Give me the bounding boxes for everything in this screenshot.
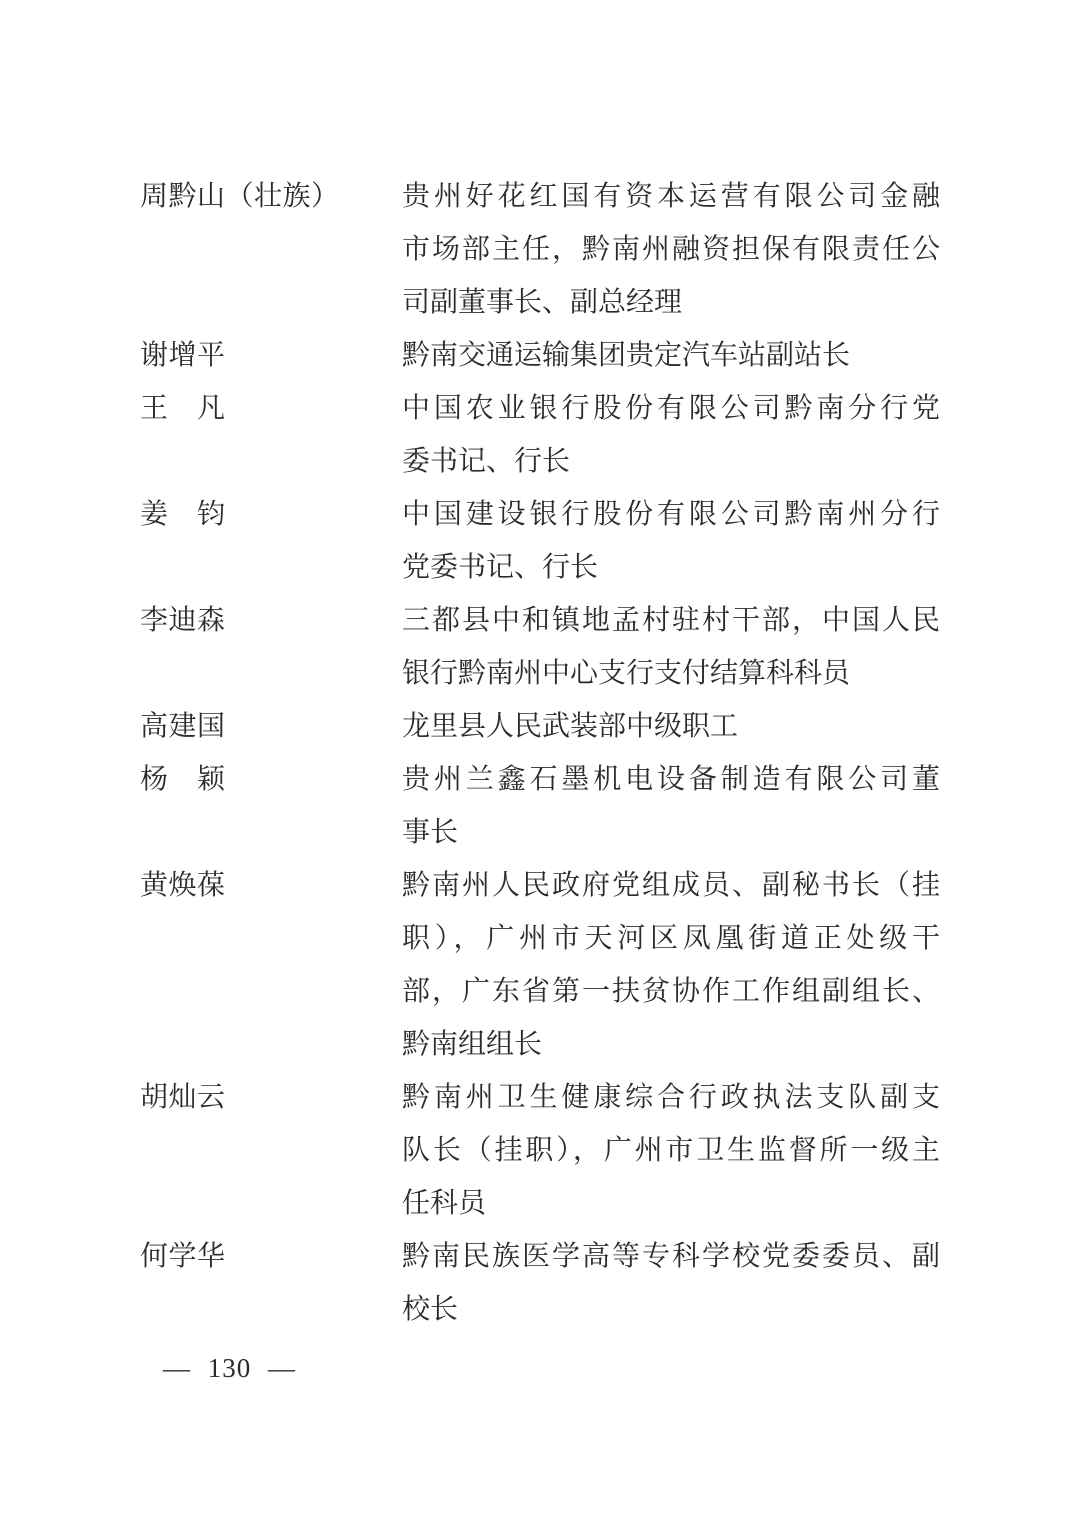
- person-position: 黔南州人民政府党组成员、副秘书长（挂职），广州市天河区凤凰街道正处级干部，广东省…: [402, 859, 940, 1071]
- roster-entry: 王 凡中国农业银行股份有限公司黔南分行党委书记、行长: [140, 382, 940, 488]
- roster-entry: 李迪森三都县中和镇地孟村驻村干部，中国人民银行黔南州中心支行支付结算科科员: [140, 594, 940, 700]
- person-position: 黔南交通运输集团贵定汽车站副站长: [402, 329, 940, 382]
- person-position: 贵州好花红国有资本运营有限公司金融市场部主任，黔南州融资担保有限责任公司副董事长…: [402, 170, 940, 329]
- person-name: 周黔山（壮族）: [140, 170, 402, 223]
- person-position: 三都县中和镇地孟村驻村干部，中国人民银行黔南州中心支行支付结算科科员: [402, 594, 940, 700]
- roster-entry: 高建国龙里县人民武装部中级职工: [140, 700, 940, 753]
- position-line: 银行黔南州中心支行支付结算科科员: [402, 647, 940, 700]
- person-name: 黄焕葆: [140, 859, 402, 912]
- position-line: 部，广东省第一扶贫协作工作组副组长、: [402, 965, 940, 1018]
- person-name: 何学华: [140, 1230, 402, 1283]
- person-position: 黔南州卫生健康综合行政执法支队副支队长（挂职），广州市卫生监督所一级主任科员: [402, 1071, 940, 1230]
- position-line: 党委书记、行长: [402, 541, 940, 594]
- position-line: 市场部主任，黔南州融资担保有限责任公: [402, 223, 940, 276]
- roster: 周黔山（壮族）贵州好花红国有资本运营有限公司金融市场部主任，黔南州融资担保有限责…: [140, 170, 940, 1336]
- person-name: 李迪森: [140, 594, 402, 647]
- position-line: 职），广州市天河区凤凰街道正处级干: [402, 912, 940, 965]
- person-name: 高建国: [140, 700, 402, 753]
- position-line: 队长（挂职），广州市卫生监督所一级主: [402, 1124, 940, 1177]
- position-line: 黔南州人民政府党组成员、副秘书长（挂: [402, 859, 940, 912]
- position-line: 三都县中和镇地孟村驻村干部，中国人民: [402, 594, 940, 647]
- position-line: 龙里县人民武装部中级职工: [402, 700, 940, 753]
- position-line: 贵州好花红国有资本运营有限公司金融: [402, 170, 940, 223]
- person-position: 贵州兰鑫石墨机电设备制造有限公司董事长: [402, 753, 940, 859]
- person-position: 龙里县人民武装部中级职工: [402, 700, 940, 753]
- person-position: 中国农业银行股份有限公司黔南分行党委书记、行长: [402, 382, 940, 488]
- person-name: 杨 颖: [140, 753, 402, 806]
- position-line: 任科员: [402, 1177, 940, 1230]
- person-position: 黔南民族医学高等专科学校党委委员、副校长: [402, 1230, 940, 1336]
- person-position: 中国建设银行股份有限公司黔南州分行党委书记、行长: [402, 488, 940, 594]
- roster-entry: 黄焕葆黔南州人民政府党组成员、副秘书长（挂职），广州市天河区凤凰街道正处级干部，…: [140, 859, 940, 1071]
- person-name: 胡灿云: [140, 1071, 402, 1124]
- roster-entry: 胡灿云黔南州卫生健康综合行政执法支队副支队长（挂职），广州市卫生监督所一级主任科…: [140, 1071, 940, 1230]
- position-line: 校长: [402, 1283, 940, 1336]
- roster-entry: 谢增平黔南交通运输集团贵定汽车站副站长: [140, 329, 940, 382]
- position-line: 黔南交通运输集团贵定汽车站副站长: [402, 329, 940, 382]
- roster-entry: 杨 颖贵州兰鑫石墨机电设备制造有限公司董事长: [140, 753, 940, 859]
- person-name: 谢增平: [140, 329, 402, 382]
- person-name: 姜 钧: [140, 488, 402, 541]
- position-line: 黔南民族医学高等专科学校党委委员、副: [402, 1230, 940, 1283]
- position-line: 中国建设银行股份有限公司黔南州分行: [402, 488, 940, 541]
- roster-entry: 姜 钧中国建设银行股份有限公司黔南州分行党委书记、行长: [140, 488, 940, 594]
- position-line: 中国农业银行股份有限公司黔南分行党: [402, 382, 940, 435]
- position-line: 事长: [402, 806, 940, 859]
- page-number: — 130 —: [163, 1352, 296, 1385]
- roster-entry: 何学华黔南民族医学高等专科学校党委委员、副校长: [140, 1230, 940, 1336]
- position-line: 贵州兰鑫石墨机电设备制造有限公司董: [402, 753, 940, 806]
- position-line: 黔南州卫生健康综合行政执法支队副支: [402, 1071, 940, 1124]
- position-line: 黔南组组长: [402, 1018, 940, 1071]
- roster-entry: 周黔山（壮族）贵州好花红国有资本运营有限公司金融市场部主任，黔南州融资担保有限责…: [140, 170, 940, 329]
- document-page: 周黔山（壮族）贵州好花红国有资本运营有限公司金融市场部主任，黔南州融资担保有限责…: [0, 0, 1080, 1527]
- position-line: 司副董事长、副总经理: [402, 276, 940, 329]
- position-line: 委书记、行长: [402, 435, 940, 488]
- person-name: 王 凡: [140, 382, 402, 435]
